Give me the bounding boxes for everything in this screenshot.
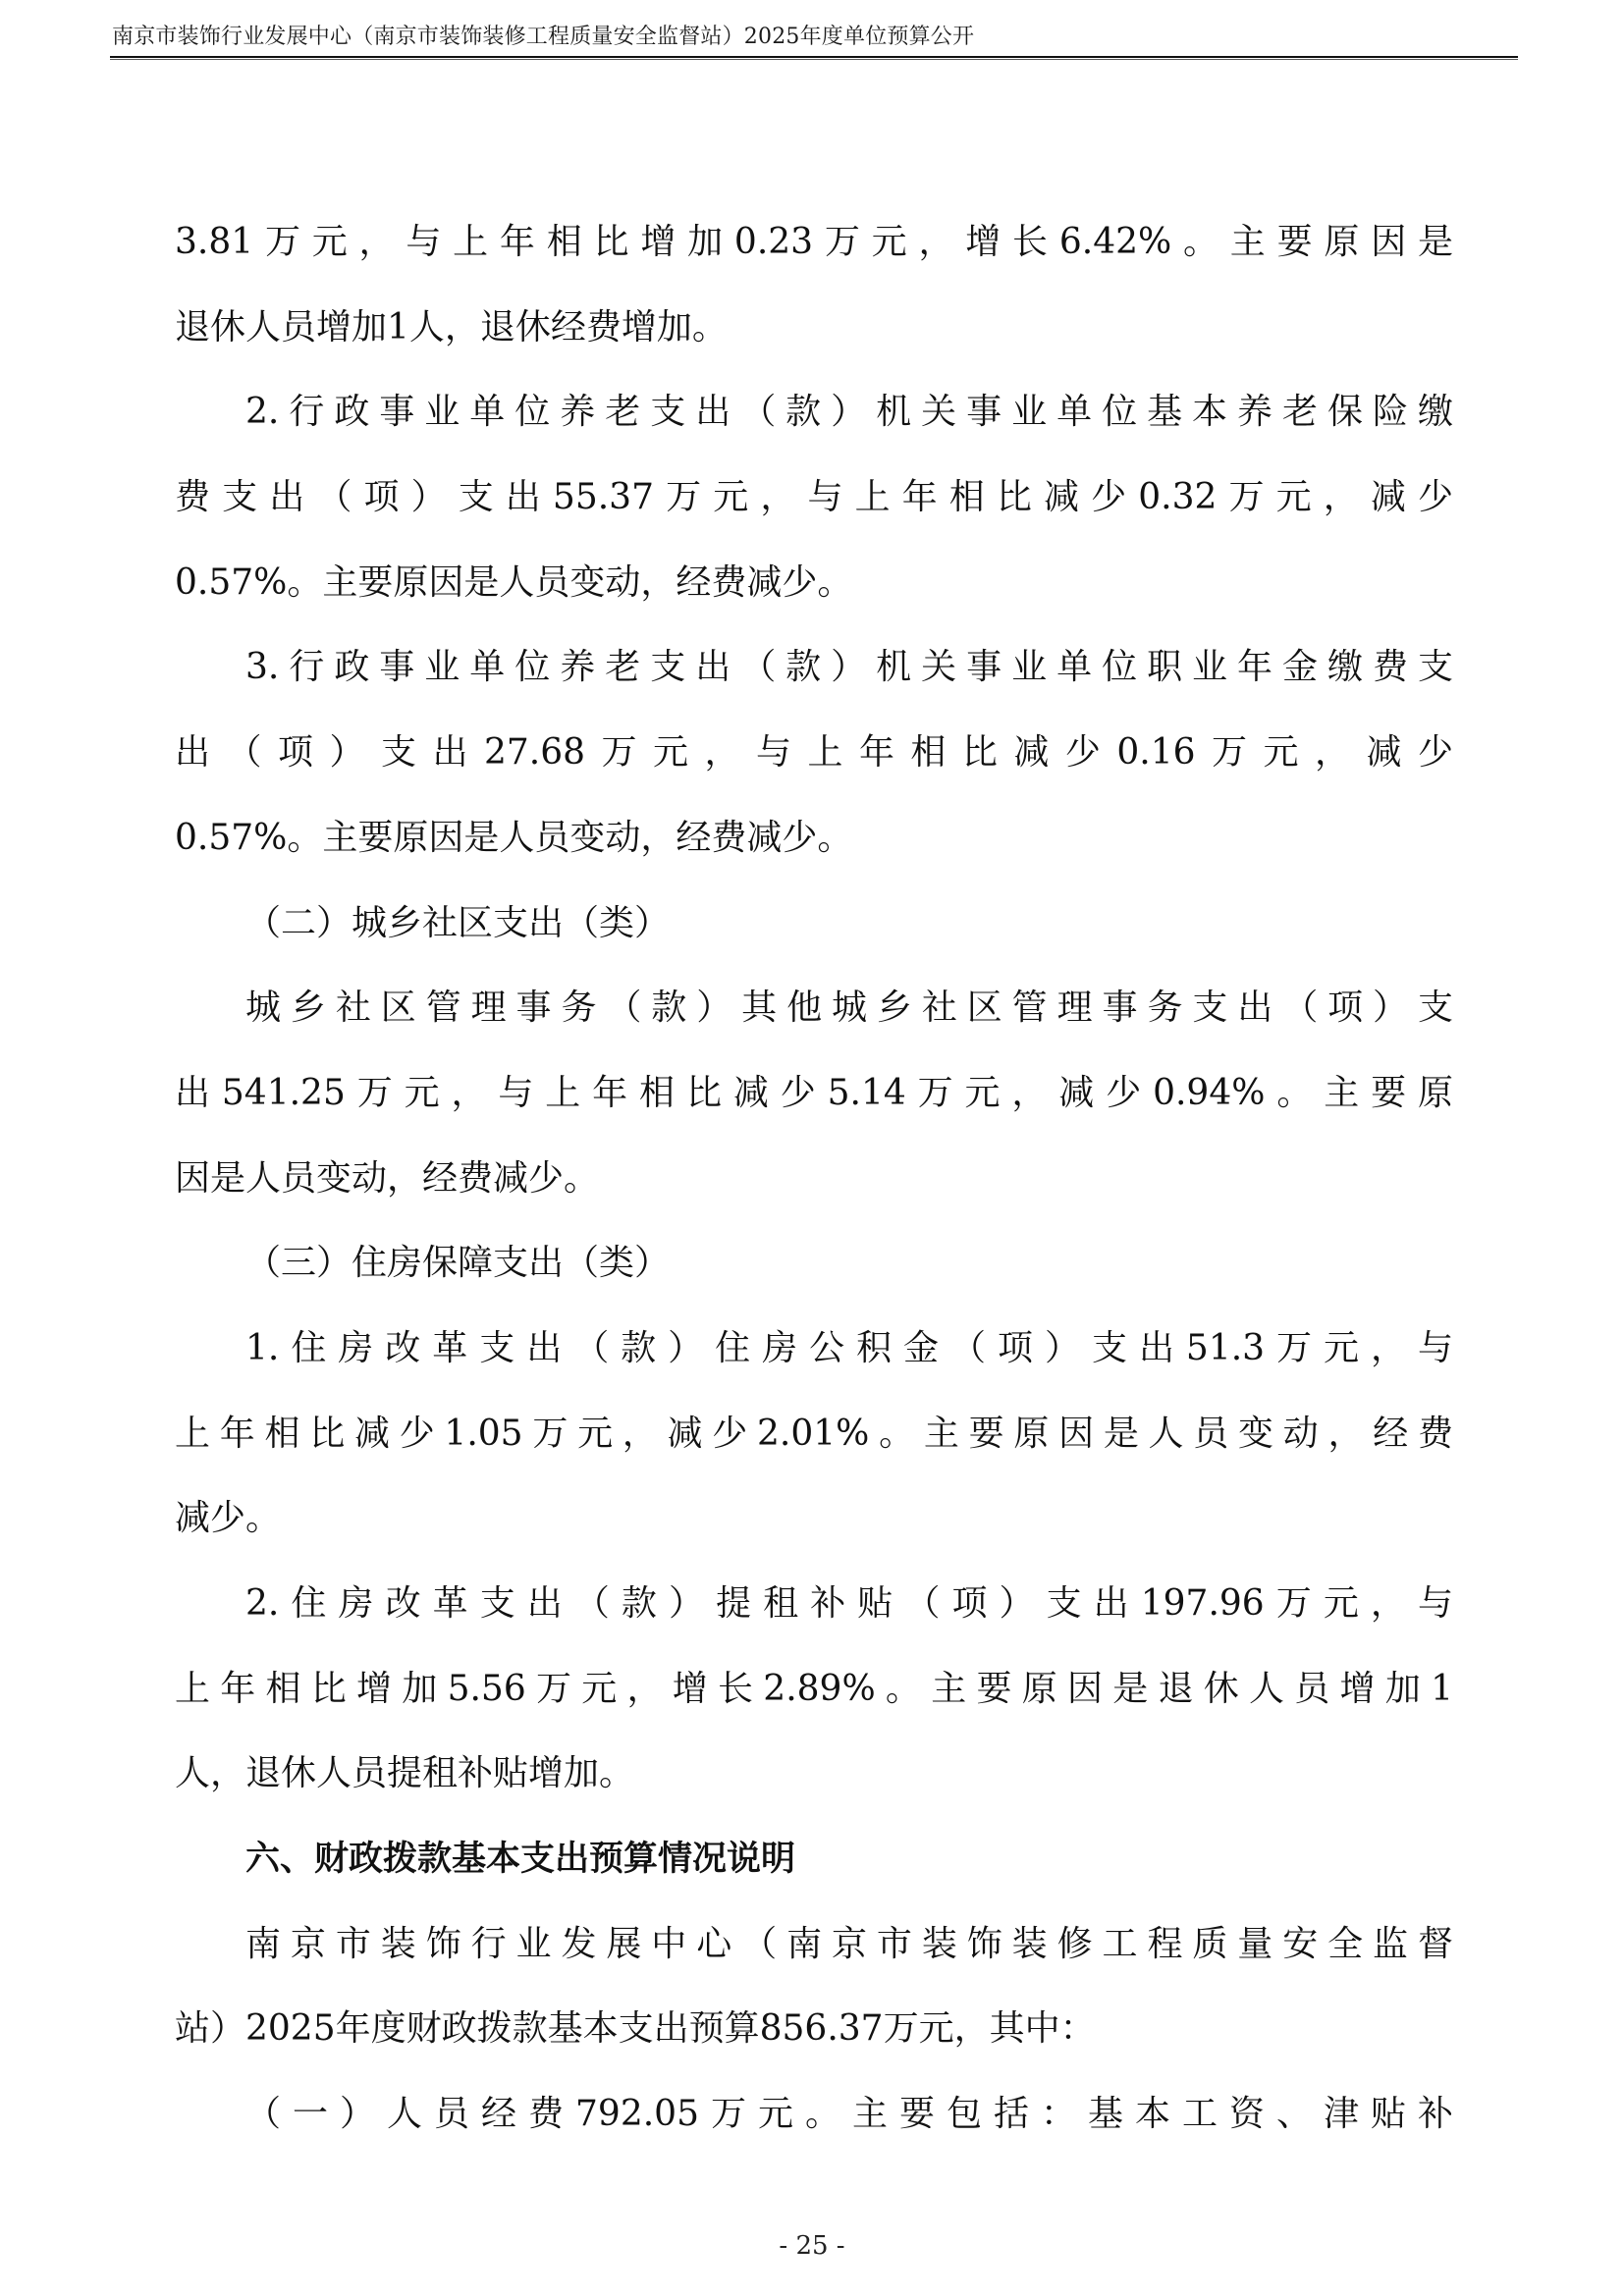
body-line: 3.81万元，与上年相比增加0.23万元，增长6.42%。主要原因是 [175,214,1453,299]
body-line: 因是人员变动，经费减少。 [175,1150,1453,1236]
body-line: 出541.25万元，与上年相比减少5.14万元，减少0.94%。主要原 [175,1065,1453,1150]
section-heading: 六、财政拨款基本支出预算情况说明 [175,1831,1453,1916]
body-line: 2.行政事业单位养老支出（款）机关事业单位基本养老保险缴 [175,384,1453,469]
body-line: 人，退休人员提租补贴增加。 [175,1745,1453,1831]
body-line: 城乡社区管理事务（款）其他城乡社区管理事务支出（项）支 [175,980,1453,1065]
body-line: 0.57%。主要原因是人员变动，经费减少。 [175,810,1453,895]
document-body: 3.81万元，与上年相比增加0.23万元，增长6.42%。主要原因是 退休人员增… [175,214,1453,2171]
body-line: 0.57%。主要原因是人员变动，经费减少。 [175,555,1453,640]
subheading-housing-security: （三）住房保障支出（类） [175,1235,1453,1320]
body-line: 南京市装饰行业发展中心（南京市装饰装修工程质量安全监督 [175,1916,1453,2002]
body-line: 1.住房改革支出（款）住房公积金（项）支出51.3万元，与 [175,1320,1453,1406]
body-line: 2.住房改革支出（款）提租补贴（项）支出197.96万元，与 [175,1575,1453,1661]
body-line: 3.行政事业单位养老支出（款）机关事业单位职业年金缴费支 [175,639,1453,724]
body-line: 退休人员增加1人，退休经费增加。 [175,299,1453,385]
header-title: 南京市装饰行业发展中心（南京市装饰装修工程质量安全监督站）2025年度单位预算公… [110,24,1518,51]
body-line: 上年相比增加5.56万元，增长2.89%。主要原因是退休人员增加1 [175,1661,1453,1746]
body-line: 站）2025年度财政拨款基本支出预算856.37万元，其中： [175,2001,1453,2086]
body-line: 上年相比减少1.05万元，减少2.01%。主要原因是人员变动，经费 [175,1406,1453,1491]
page-header: 南京市装饰行业发展中心（南京市装饰装修工程质量安全监督站）2025年度单位预算公… [110,24,1518,60]
body-line: （一）人员经费792.05万元。主要包括：基本工资、津贴补 [175,2086,1453,2171]
body-line: 费支出（项）支出55.37万元，与上年相比减少0.32万元，减少 [175,469,1453,555]
body-line: 出（项）支出27.68万元，与上年相比减少0.16万元，减少 [175,724,1453,810]
subheading-urban-rural-community: （二）城乡社区支出（类） [175,895,1453,981]
header-divider [110,56,1518,60]
body-line: 减少。 [175,1490,1453,1575]
page-number: - 25 - [0,2231,1624,2261]
